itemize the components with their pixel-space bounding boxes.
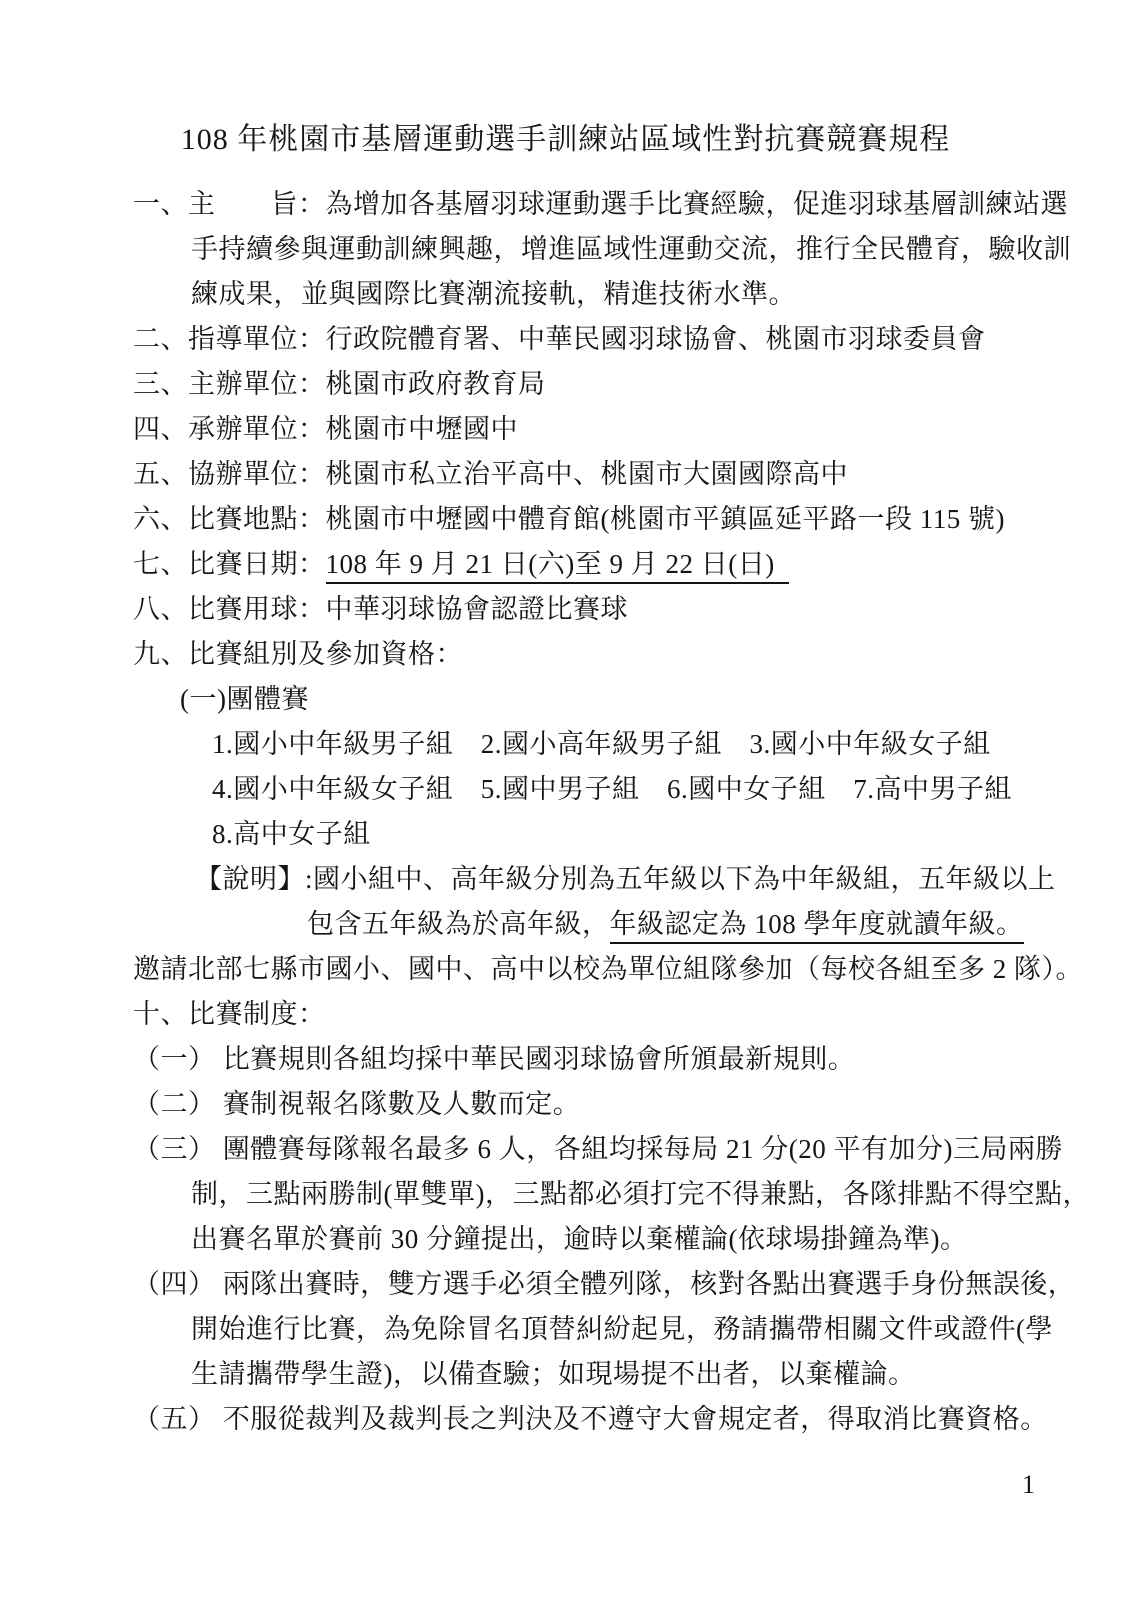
line-purpose-2: 手持續參與運動訓練興趣，增進區域性運動交流，推行全民體育，驗收訓 [133,227,1093,272]
line-system-heading: 十、比賽制度： [133,992,1093,1037]
line-venue: 六、比賽地點：桃園市中壢國中體育館(桃園市平鎮區延平路一段 115 號) [133,497,1093,542]
line-guiding-unit: 二、指導單位：行政院體育署、中華民國羽球協會、桃園市羽球委員會 [133,317,1093,362]
line-note-2-underlined: 年級認定為 108 學年度就讀年級。 [610,909,1024,944]
line-rule-2: （二） 賽制視報名隊數及人數而定。 [133,1082,1093,1127]
line-ball: 八、比賽用球：中華羽球協會認證比賽球 [133,587,1093,632]
line-rule-3a: （三） 團體賽每隊報名最多 6 人，各組均採每局 21 分(20 平有加分)三局… [133,1127,1093,1172]
line-groups-3: 8.高中女子組 [133,812,1093,857]
line-date: 七、比賽日期：108 年 9 月 21 日(六)至 9 月 22 日(日) [133,542,1093,587]
line-rule-3b: 制，三點兩勝制(單雙單)，三點都必須打完不得兼點，各隊排點不得空點， [133,1172,1093,1217]
line-rule-4b: 開始進行比賽，為免除冒名頂替糾紛起見，務請攜帶相關文件或證件(學 [133,1307,1093,1352]
line-note-2: 包含五年級為於高年級，年級認定為 108 學年度就讀年級。 [133,902,1093,947]
line-note-1: 【說明】:國小組中、高年級分別為五年級以下為中年級組，五年級以上 [133,857,1093,902]
line-note-2-plain: 包含五年級為於高年級， [307,909,610,939]
line-coorganizer-unit: 五、協辦單位：桃園市私立治平高中、桃園市大園國際高中 [133,452,1093,497]
line-rule-5: （五） 不服從裁判及裁判長之判決及不遵守大會規定者，得取消比賽資格。 [133,1397,1093,1442]
document-body: 一、主 旨：為增加各基層羽球運動選手比賽經驗，促進羽球基層訓練站選 手持續參與運… [133,182,1093,1442]
line-host-unit: 三、主辦單位：桃園市政府教育局 [133,362,1093,407]
line-organizer-unit: 四、承辦單位：桃園市中壢國中 [133,407,1093,452]
line-groups-heading: 九、比賽組別及參加資格： [133,632,1093,677]
page-number: 1 [1022,1470,1035,1500]
line-rule-4c: 生請攜帶學生證)，以備查驗；如現場提不出者，以棄權論。 [133,1352,1093,1397]
line-groups-2: 4.國小中年級女子組 5.國中男子組 6.國中女子組 7.高中男子組 [133,767,1093,812]
line-date-underlined: 108 年 9 月 21 日(六)至 9 月 22 日(日) [326,549,789,584]
line-rule-1: （一） 比賽規則各組均採中華民國羽球協會所頒最新規則。 [133,1037,1093,1082]
line-team-event: (一)團體賽 [133,677,1093,722]
line-purpose-1: 一、主 旨：為增加各基層羽球運動選手比賽經驗，促進羽球基層訓練站選 [133,182,1093,227]
line-purpose-3: 練成果，並與國際比賽潮流接軌，精進技術水準。 [133,272,1093,317]
document-page: 108 年桃園市基層運動選手訓練站區域性對抗賽競賽規程 一、主 旨：為增加各基層… [0,0,1131,1600]
document-title: 108 年桃園市基層運動選手訓練站區域性對抗賽競賽規程 [0,116,1131,164]
line-rule-3c: 出賽名單於賽前 30 分鐘提出，逾時以棄權論(依球場掛鐘為準)。 [133,1217,1093,1262]
line-rule-4a: （四） 兩隊出賽時，雙方選手必須全體列隊，核對各點出賽選手身份無誤後， [133,1262,1093,1307]
line-invitation: 邀請北部七縣市國小、國中、高中以校為單位組隊參加（每校各組至多 2 隊）。 [133,947,1093,992]
line-date-label: 七、比賽日期： [133,549,326,579]
line-groups-1: 1.國小中年級男子組 2.國小高年級男子組 3.國小中年級女子組 [133,722,1093,767]
